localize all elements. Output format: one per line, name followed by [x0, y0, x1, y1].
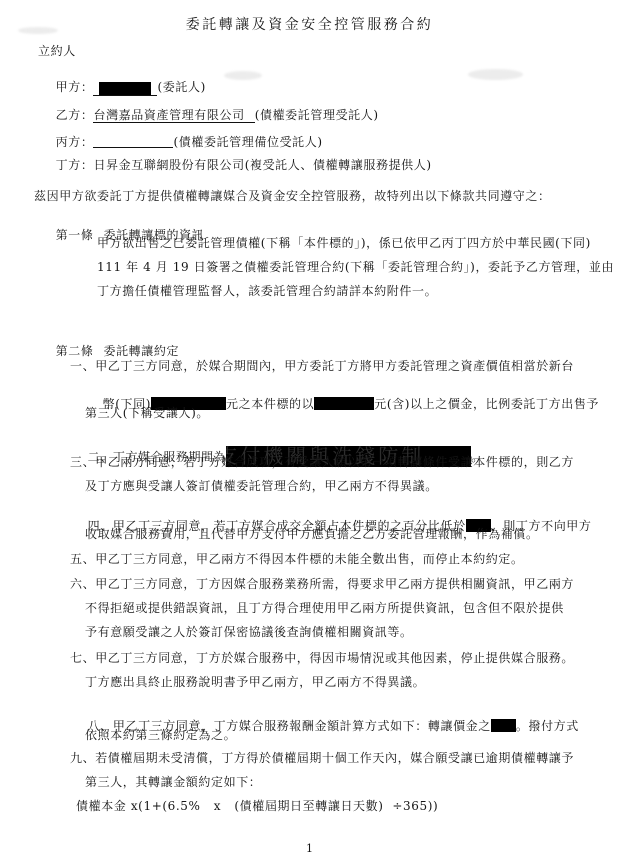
scan-artifact	[224, 71, 262, 80]
item5-line1: 五、甲乙丁三方同意，甲乙兩方不得因本件標的未能全數出售，而停止本約約定。	[70, 552, 524, 567]
document-title: 委託轉讓及資金安全控管服務合約	[0, 18, 619, 33]
item3-line1: 三、甲乙兩方同意，若丁方媒合成功，有受讓人願以第一項轉讓條件受讓本件標的，則乙方	[70, 455, 574, 470]
article1-line2: 111 年 4 月 19 日簽署之債權委託管理合約(下稱「委託管理合約」)，委託…	[97, 260, 614, 275]
article1-line1: 甲方欲出售之已委託管理債權(下稱「本件標的」)，係已依甲乙丙丁四方於中華民國(下…	[97, 236, 591, 251]
scan-artifact	[468, 69, 523, 80]
item1-line3: 第三人(下稱受讓人)。	[85, 406, 209, 421]
item6-line2: 不得拒絕或提供錯誤資訊，且丁方得合理使用甲乙兩方所提供資訊，包含但不限於提供	[85, 601, 564, 616]
redaction-box	[314, 397, 374, 410]
item4-line2: 收取媒合服務費用，且代替甲方支付甲方應負擔之乙方委託管理報酬，作為補償。	[85, 527, 539, 542]
item7-line1: 七、甲乙丁三方同意，丁方於媒合服務中，得因市場情況或其他因素，停止提供媒合服務。	[70, 651, 574, 666]
item7-line2: 丁方應出具終止服務說明書予甲乙兩方，甲乙兩方不得異議。	[85, 675, 425, 690]
article1-number: 第一條	[56, 228, 94, 242]
item6-line3: 予有意願受讓之人於簽訂保密協議後查詢債權相關資訊等。	[85, 625, 413, 640]
party-d-name: 日昇金互聯網股份有限公司	[93, 158, 244, 172]
party-a-role: (委託人)	[157, 80, 205, 94]
party-d-role: (複受託人、債權轉讓服務提供人)	[245, 158, 432, 172]
item1-line2-post: 元(含)以上之價金，比例委託丁方出售予	[374, 397, 599, 411]
article2-number: 第二條	[56, 344, 94, 358]
page-number: 1	[0, 841, 619, 856]
parties-heading: 立約人	[38, 44, 76, 59]
item1-line1: 一、甲乙丁三方同意，於媒合期間內，甲方委託丁方將甲方委託管理之資產價值相當於新台	[70, 359, 574, 374]
item3-line2: 及丁方應與受讓人簽訂債權委託管理合約，甲乙兩方不得異議。	[85, 479, 438, 494]
contract-page: 委託轉讓及資金安全控管服務合約 立約人 甲方：(委託人) 乙方：台灣嘉品資產管理…	[0, 0, 619, 865]
article2-title: 委託轉讓約定	[103, 344, 179, 358]
item8-line1-post: 。撥付方式	[516, 719, 579, 733]
article1-line3: 丁方擔任債權管理監督人，該委託管理合約請詳本約附件一。	[97, 284, 437, 299]
item9-line1: 九、若債權屆期未受清償，丁方得於債權屆期十個工作天內，媒合願受讓已逾期債權轉讓予	[70, 751, 574, 766]
item8-line2: 依照本約第三條約定為之。	[85, 728, 236, 743]
item1-line2-mid: 元之本件標的以	[226, 397, 314, 411]
party-d-row: 丁方：日昇金互聯網股份有限公司(複受託人、債權轉讓服務提供人)	[38, 143, 432, 188]
party-d-label: 丁方：	[56, 158, 94, 172]
party-a-label: 甲方：	[56, 80, 94, 94]
preamble: 茲因甲方欲委託丁方提供債權轉讓媒合及資金安全控管服務，故特列出以下條款共同遵守之…	[34, 189, 551, 204]
item9-formula: 債權本金 x(1+(6.5% x (債權屆期日至轉讓日天數) ÷365))	[76, 799, 438, 814]
redaction-box	[491, 719, 516, 732]
item6-line1: 六、甲乙丁三方同意，丁方因媒合服務業務所需，得要求甲乙兩方提供相關資訊，甲乙兩方	[70, 577, 574, 592]
item9-line2: 第三人，其轉讓金額約定如下：	[85, 775, 261, 790]
